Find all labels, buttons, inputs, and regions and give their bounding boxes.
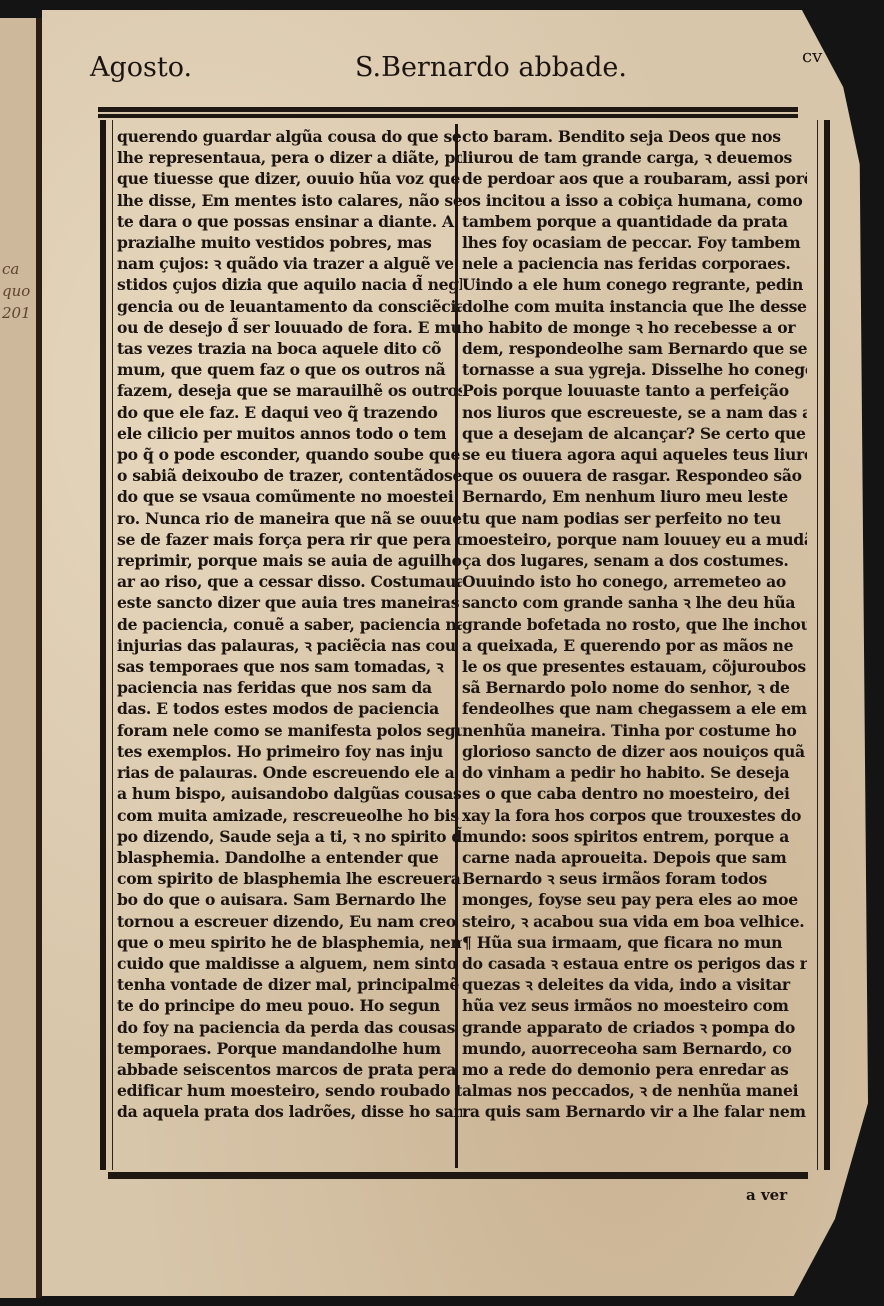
text-line: grande apparato de criados ꝛ pompa do bbox=[462, 1017, 807, 1038]
text-line: temporaes. Porque mandandolhe hum bbox=[117, 1038, 462, 1059]
text-line: steiro, ꝛ acabou sua vida em boa velhice… bbox=[462, 911, 807, 932]
text-line: po q̃ o pode esconder, quando soube que bbox=[117, 444, 462, 465]
text-line: sã Bernardo polo nome do senhor, ꝛ de bbox=[462, 677, 807, 698]
text-line: Bernardo ꝛ seus irmãos foram todos bbox=[462, 868, 807, 889]
text-line: xay la fora hos corpos que trouxestes do bbox=[462, 805, 807, 826]
text-line: carne nada aproueita. Depois que sam bbox=[462, 847, 807, 868]
text-line: blasphemia. Dandolhe a entender que bbox=[117, 847, 462, 868]
text-line: abbade seiscentos marcos de prata pera bbox=[117, 1059, 462, 1080]
text-line: sas temporaes que nos sam tomadas, ꝛ bbox=[117, 656, 462, 677]
text-line: tambem porque a quantidade da prata bbox=[462, 211, 807, 232]
text-line: quezas ꝛ deleites da vida, indo a visita… bbox=[462, 974, 807, 995]
text-line: lhes foy ocasiam de peccar. Foy tambem bbox=[462, 232, 807, 253]
text-line: sancto com grande sanha ꝛ lhe deu hũa bbox=[462, 592, 807, 613]
text-line: es o que caba dentro no moesteiro, dei bbox=[462, 783, 807, 804]
text-line: fendeolhes que nam chegassem a ele em bbox=[462, 698, 807, 719]
text-line: injurias das palauras, ꝛ paciẽcia nas co… bbox=[117, 635, 462, 656]
text-line: edificar hum moesteiro, sendo roubado to bbox=[117, 1080, 462, 1101]
text-line: mundo, auorreceoha sam Bernardo, co bbox=[462, 1038, 807, 1059]
text-line: que a desejam de alcançar? Se certo que bbox=[462, 423, 807, 444]
text-line: com spirito de blasphemia lhe escreuera bbox=[117, 868, 462, 889]
text-line: os incitou a isso a cobiça humana, como bbox=[462, 190, 807, 211]
text-line: do que ele faz. E daqui veo q̃ trazendo bbox=[117, 402, 462, 423]
text-line: po dizendo, Saude seja a ti, ꝛ no spirit… bbox=[117, 826, 462, 847]
text-line: bo do que o auisara. Sam Bernardo lhe bbox=[117, 889, 462, 910]
text-line: liurou de tam grande carga, ꝛ deuemos bbox=[462, 147, 807, 168]
text-line: nele a paciencia nas feridas corporaes. bbox=[462, 253, 807, 274]
text-line: cuido que maldisse a alguem, nem sinto q… bbox=[117, 953, 462, 974]
text-line: ça dos lugares, senam a dos costumes. bbox=[462, 550, 807, 571]
text-line: nenhũa maneira. Tinha por costume ho bbox=[462, 720, 807, 741]
left-column: querendo guardar algũa cousa do que selh… bbox=[117, 126, 462, 1123]
text-line: nos liuros que escreueste, se a nam das … bbox=[462, 402, 807, 423]
text-line: do foy na paciencia da perda das cousas bbox=[117, 1017, 462, 1038]
running-head-title: S.Bernardo abbade. bbox=[355, 52, 627, 83]
text-line: se eu tiuera agora aqui aqueles teus liu… bbox=[462, 444, 807, 465]
right-column: cto baram. Bendito seja Deos que nosliur… bbox=[462, 126, 807, 1123]
text-line: ro. Nunca rio de maneira que nã se ouues bbox=[117, 508, 462, 529]
text-line: ¶ Hũa sua irmaam, que ficara no mun bbox=[462, 932, 807, 953]
previous-page-edge: ca quo 201 bbox=[0, 18, 42, 1298]
text-line: com muita amizade, rescreueolhe ho bis bbox=[117, 805, 462, 826]
frame-inner-left-line bbox=[112, 120, 113, 1170]
text-line: moesteiro, porque nam louuey eu a mudã bbox=[462, 529, 807, 550]
text-line: stidos çujos dizia que aquilo nacia d̃ n… bbox=[117, 274, 462, 295]
text-line: Ouuindo isto ho conego, arremeteo ao bbox=[462, 571, 807, 592]
text-line: do vinham a pedir ho habito. Se deseja bbox=[462, 762, 807, 783]
text-line: que o meu spirito he de blasphemia, nem bbox=[117, 932, 462, 953]
text-line: ho habito de monge ꝛ ho recebesse a or bbox=[462, 317, 807, 338]
text-line: almas nos peccados, ꝛ de nenhũa manei bbox=[462, 1080, 807, 1101]
text-line: nam çujos: ꝛ quãdo via trazer a alguẽ ve bbox=[117, 253, 462, 274]
text-line: do casada ꝛ estaua entre os perigos das … bbox=[462, 953, 807, 974]
text-line: gencia ou de leuantamento da consciẽcia bbox=[117, 296, 462, 317]
text-line: das. E todos estes modos de paciencia bbox=[117, 698, 462, 719]
text-line: o sabiã deixoubo de trazer, contentãdose bbox=[117, 465, 462, 486]
text-line: monges, foyse seu pay pera eles ao moe bbox=[462, 889, 807, 910]
text-line: se de fazer mais força pera rir que pera… bbox=[117, 529, 462, 550]
text-line: ar ao riso, que a cessar disso. Costumau… bbox=[117, 571, 462, 592]
text-line: que tiuesse que dizer, ouuio hũa voz que bbox=[117, 168, 462, 189]
text-line: este sancto dizer que auia tres maneiras bbox=[117, 592, 462, 613]
text-line: rias de palauras. Onde escreuendo ele a bbox=[117, 762, 462, 783]
text-line: hũa vez seus irmãos no moesteiro com bbox=[462, 995, 807, 1016]
text-line: grande bofetada no rosto, que lhe inchou bbox=[462, 614, 807, 635]
running-head-month: Agosto. bbox=[90, 52, 192, 83]
text-line: lhe representaua, pera o dizer a diãte, … bbox=[117, 147, 462, 168]
text-line: querendo guardar algũa cousa do que se bbox=[117, 126, 462, 147]
text-line: glorioso sancto de dizer aos nouiços quã bbox=[462, 741, 807, 762]
text-line: a hum bispo, auisandobo dalgũas cousas bbox=[117, 783, 462, 804]
text-line: te do principe do meu pouo. Ho segun bbox=[117, 995, 462, 1016]
text-line: Pois porque louuaste tanto a perfeição bbox=[462, 380, 807, 401]
text-line: mo a rede do demonio pera enredar as bbox=[462, 1059, 807, 1080]
catchword: a ver bbox=[746, 1186, 787, 1204]
text-line: de perdoar aos que a roubaram, assi porq… bbox=[462, 168, 807, 189]
text-line: Bernardo, Em nenhum liuro meu leste bbox=[462, 486, 807, 507]
text-line: ra quis sam Bernardo vir a lhe falar nem bbox=[462, 1101, 807, 1122]
text-line: a queixada, E querendo por as mãos ne bbox=[462, 635, 807, 656]
text-line: tas vezes trazia na boca aquele dito cõ bbox=[117, 338, 462, 359]
text-line: paciencia nas feridas que nos sam da bbox=[117, 677, 462, 698]
text-line: ou de desejo d̃ ser louuado de fora. E m… bbox=[117, 317, 462, 338]
folio-number: cv bbox=[802, 46, 822, 67]
bottom-rule bbox=[108, 1172, 808, 1179]
text-line: te dara o que possas ensinar a diante. A bbox=[117, 211, 462, 232]
text-line: que os ouuera de rasgar. Respondeo são bbox=[462, 465, 807, 486]
running-head: Agosto. S.Bernardo abbade. cv bbox=[90, 52, 830, 92]
text-line: tu que nam podias ser perfeito no teu bbox=[462, 508, 807, 529]
text-line: da aquela prata dos ladrões, disse ho sa… bbox=[117, 1101, 462, 1122]
text-line: tes exemplos. Ho primeiro foy nas inju bbox=[117, 741, 462, 762]
text-line: lhe disse, Em mentes isto calares, não s… bbox=[117, 190, 462, 211]
text-line: ele cilicio per muitos annos todo o tem bbox=[117, 423, 462, 444]
text-line: le os que presentes estauam, cõjuroubos bbox=[462, 656, 807, 677]
text-line: prazialhe muito vestidos pobres, mas bbox=[117, 232, 462, 253]
text-line: mum, que quem faz o que os outros nã bbox=[117, 359, 462, 380]
text-line: tornou a escreuer dizendo, Eu nam creo bbox=[117, 911, 462, 932]
frame-inner-right-line bbox=[817, 120, 818, 1170]
top-rule bbox=[98, 107, 798, 114]
text-line: dolhe com muita instancia que lhe desse bbox=[462, 296, 807, 317]
text-line: fazem, deseja que se marauilhẽ os outros bbox=[117, 380, 462, 401]
margin-handwritten-note: ca quo 201 bbox=[2, 258, 32, 324]
text-line: tornasse a sua ygreja. Disselhe ho coneg… bbox=[462, 359, 807, 380]
text-line: reprimir, porque mais se auia de aguilho bbox=[117, 550, 462, 571]
text-line: cto baram. Bendito seja Deos que nos bbox=[462, 126, 807, 147]
text-line: tenha vontade de dizer mal, principalmẽ bbox=[117, 974, 462, 995]
text-line: foram nele como se manifesta polos segui bbox=[117, 720, 462, 741]
book-page: Agosto. S.Bernardo abbade. cv querendo g… bbox=[42, 10, 868, 1296]
text-line: dem, respondeolhe sam Bernardo que se bbox=[462, 338, 807, 359]
text-line: Uindo a ele hum conego regrante, pedin bbox=[462, 274, 807, 295]
text-line: do que se vsaua comũmente no moestei bbox=[117, 486, 462, 507]
text-line: mundo: soos spiritos entrem, porque a bbox=[462, 826, 807, 847]
text-line: de paciencia, conuẽ a saber, paciencia n… bbox=[117, 614, 462, 635]
